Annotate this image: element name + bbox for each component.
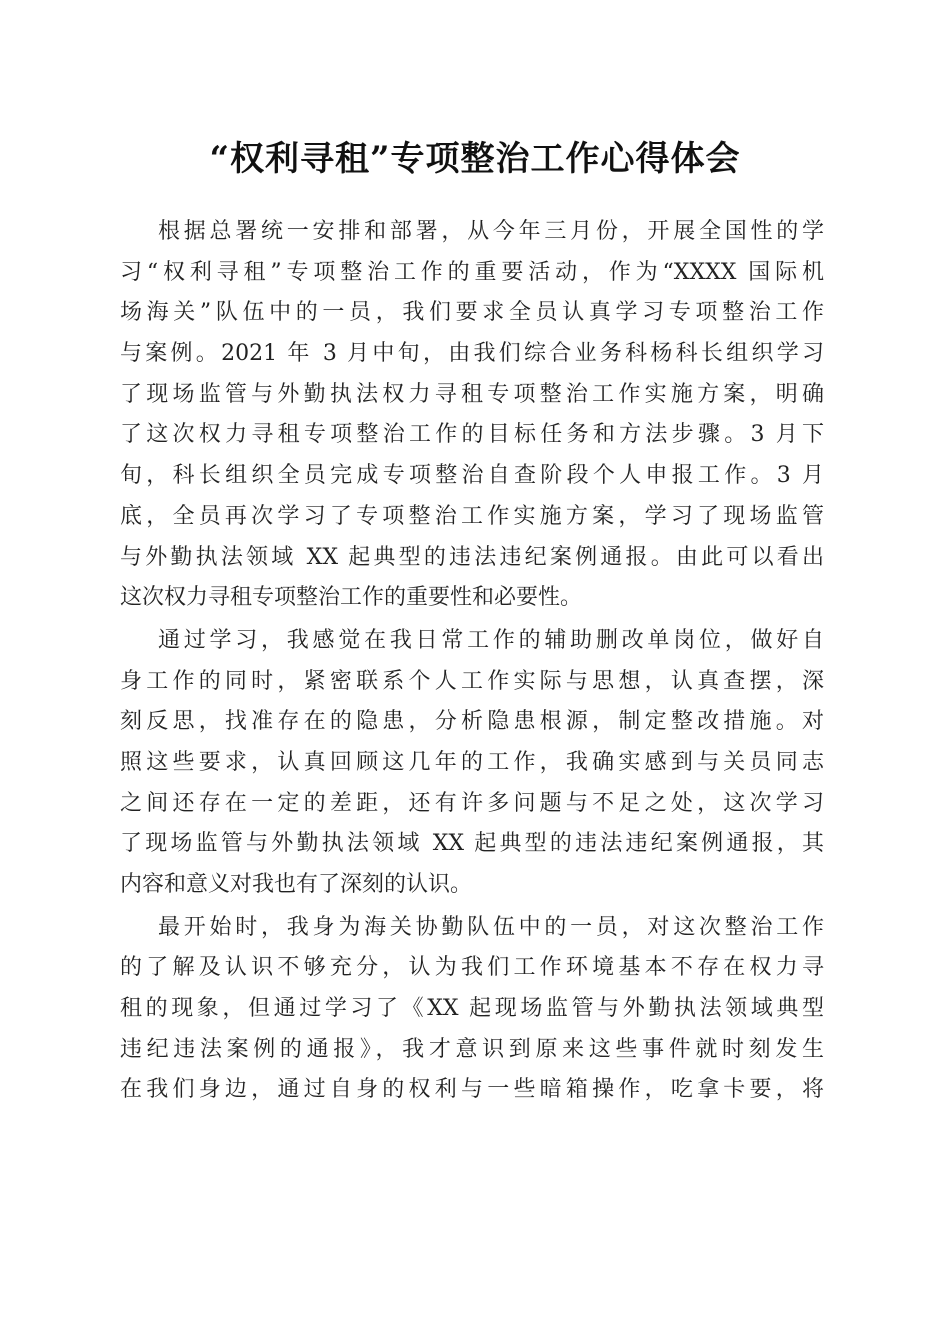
text-line: 通过学习，我感觉在我日常工作的辅助删改单岗位，做好自 <box>120 621 824 662</box>
text-line: 了这次权力寻租专项整治工作的目标任务和方法步骤。3 月下 <box>120 415 824 456</box>
text-line: 最开始时，我身为海关协勤队伍中的一员，对这次整治工作 <box>120 908 824 949</box>
document-page: “权利寻租”专项整治工作心得体会 根据总署统一安排和部署，从今年三月份，开展全国… <box>0 0 950 1344</box>
text-line: 底，全员再次学习了专项整治工作实施方案，学习了现场监管 <box>120 497 824 538</box>
text-line: 与外勤执法领域 XX 起典型的违法违纪案例通报。由此可以看出 <box>120 538 824 579</box>
text-line: 旬，科长组织全员完成专项整治自查阶段个人申报工作。3 月 <box>120 456 824 497</box>
text-line: 根据总署统一安排和部署，从今年三月份，开展全国性的学 <box>120 212 824 253</box>
text-line: 了现场监管与外勤执法领域 XX 起典型的违法违纪案例通报，其 <box>120 824 824 865</box>
document-body: 根据总署统一安排和部署，从今年三月份，开展全国性的学 习“权利寻租”专项整治工作… <box>120 212 824 1111</box>
text-line: 内容和意义对我也有了深刻的认识。 <box>120 865 824 906</box>
text-line: 租的现象，但通过学习了《XX 起现场监管与外勤执法领域典型 <box>120 989 824 1030</box>
text-line: 照这些要求，认真回顾这几年的工作，我确实感到与关员同志 <box>120 743 824 784</box>
document-title: “权利寻租”专项整治工作心得体会 <box>0 137 950 181</box>
text-line: 身工作的同时，紧密联系个人工作实际与思想，认真查摆，深 <box>120 662 824 703</box>
text-line: 之间还存在一定的差距，还有许多问题与不足之处，这次学习 <box>120 784 824 825</box>
text-line: 习“权利寻租”专项整治工作的重要活动，作为“XXXX 国际机 <box>120 253 824 294</box>
text-line: 在我们身边，通过自身的权利与一些暗箱操作，吃拿卡要，将 <box>120 1070 824 1111</box>
paragraph-3: 最开始时，我身为海关协勤队伍中的一员，对这次整治工作 的了解及认识不够充分，认为… <box>120 908 824 1111</box>
text-line: 刻反思，找准存在的隐患，分析隐患根源，制定整改措施。对 <box>120 702 824 743</box>
text-line: 了现场监管与外勤执法权力寻租专项整治工作实施方案，明确 <box>120 375 824 416</box>
text-line: 场海关”队伍中的一员，我们要求全员认真学习专项整治工作 <box>120 293 824 334</box>
text-line: 的了解及认识不够充分，认为我们工作环境基本不存在权力寻 <box>120 948 824 989</box>
text-line: 与案例。2021 年 3 月中旬，由我们综合业务科杨科长组织学习 <box>120 334 824 375</box>
text-line: 这次权力寻租专项整治工作的重要性和必要性。 <box>120 578 824 619</box>
text-line: 违纪违法案例的通报》，我才意识到原来这些事件就时刻发生 <box>120 1030 824 1071</box>
paragraph-2: 通过学习，我感觉在我日常工作的辅助删改单岗位，做好自 身工作的同时，紧密联系个人… <box>120 621 824 906</box>
paragraph-1: 根据总署统一安排和部署，从今年三月份，开展全国性的学 习“权利寻租”专项整治工作… <box>120 212 824 619</box>
